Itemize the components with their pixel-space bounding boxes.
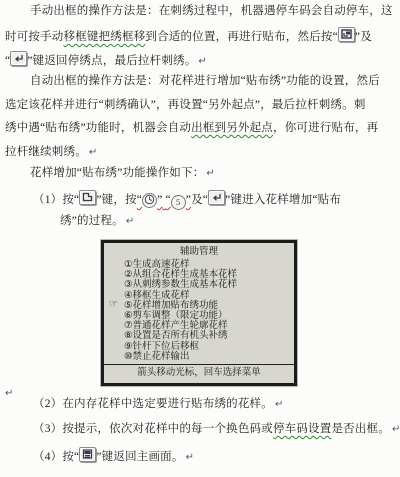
menu-item-1: ①生成高速花样 bbox=[124, 260, 294, 270]
text-run: 到合适的位置，再进行贴布，然后按“ bbox=[145, 31, 338, 43]
text-run: 绣”的过程。 bbox=[60, 215, 124, 227]
text-run: 时可按手动 bbox=[5, 31, 64, 43]
text-run: ”键返回主画面。 bbox=[96, 451, 183, 463]
paragraph-mark: ↵ bbox=[89, 147, 98, 158]
text-run: 绣中遇“贴布绣”功能时，机器会自动 bbox=[5, 122, 191, 134]
enter-key-icon bbox=[208, 190, 225, 205]
step-1-line-2: 绣”的过程。↵ bbox=[60, 214, 134, 229]
menu-status-hint: 箭头移动光标，回车选择菜单 bbox=[104, 368, 294, 379]
menu-item-8: ⑧设置是否所有机头补绣 bbox=[124, 331, 294, 341]
text-run: ”键，按 bbox=[96, 194, 136, 206]
text-run: 是否出框。 bbox=[331, 423, 390, 435]
text-run: 自动出框的操作方法是：对花样进行增加“贴布绣”功能的设置，然后 bbox=[30, 75, 380, 87]
menu-item-3: ③从刺绣参数生成基本花样 bbox=[124, 280, 294, 290]
text-run: ”键返回停绣点，最后拉杆刺绣。 bbox=[27, 55, 196, 67]
text-run: ，你可进行贴布，再 bbox=[273, 122, 378, 134]
paragraph-1-line-1: 手动出框的操作方法是：在刺绣过程中，机器遇停车码会自动停车，这 bbox=[30, 4, 393, 18]
paragraph-mark: ↵ bbox=[275, 399, 284, 410]
text-run: 拉杆继续刺绣。 bbox=[5, 146, 87, 158]
menu-separator bbox=[104, 364, 294, 365]
step-1-line-1: （1）按“”键，按“” “5”及“”键进入花样增加“贴布 bbox=[33, 190, 341, 210]
text-run: ”及 bbox=[355, 31, 372, 43]
paragraph-1-line-3: “”键返回停绣点，最后拉杆刺绣。↵ bbox=[5, 51, 207, 69]
spellcheck-text: 停车码设置 bbox=[273, 423, 332, 435]
text-run: “ bbox=[165, 194, 170, 206]
text-run: （3）按提示，依次对花样中的每一个换色码或 bbox=[33, 423, 273, 435]
hand-pointer-icon: ☞ bbox=[109, 300, 118, 310]
frame-return-key-icon bbox=[338, 27, 355, 42]
menu-item-10: ⑩禁止花样输出 bbox=[124, 352, 294, 362]
clock-key-icon bbox=[142, 193, 157, 208]
aux-menu-key-icon bbox=[79, 190, 96, 205]
text-run: 选定该花样并进行“刺绣确认”，再设置“另外起点”，最后拉杆刺绣。刺 bbox=[5, 99, 366, 111]
step-4: （4）按“”键返回主画面。↵ bbox=[33, 447, 194, 465]
menu-title: 辅助管理 bbox=[104, 246, 294, 258]
text-run: ” bbox=[157, 194, 162, 206]
main-screen-key-icon bbox=[79, 447, 96, 462]
text-run: 及“ bbox=[191, 194, 208, 206]
step-2: （2）在内存花样中选定要进行贴布绣的花样。↵ bbox=[33, 397, 284, 412]
menu-item-5-selected: ☞⑤花样增加贴布绣功能 bbox=[124, 301, 294, 311]
paragraph-2-line-2: 选定该花样并进行“刺绣确认”，再设置“另外起点”，最后拉杆刺绣。刺 bbox=[5, 98, 366, 112]
paragraph-2-line-4: 拉杆继续刺绣。↵ bbox=[5, 145, 98, 160]
empty-paragraph: ↵ bbox=[3, 386, 14, 401]
manual-page: 手动出框的操作方法是：在刺绣过程中，机器遇停车码会自动停车，这 时可按手动移框键… bbox=[0, 0, 400, 477]
paragraph-mark: ↵ bbox=[206, 168, 215, 179]
menu-item-7: ⑦普通花样产生轮廓花样 bbox=[124, 321, 294, 331]
enter-key-icon bbox=[10, 51, 27, 66]
paragraph-mark: ↵ bbox=[5, 388, 14, 399]
menu-item-list: ①生成高速花样 ②从组合花样生成基本花样 ③从刺绣参数生成基本花样 ④移框生成花… bbox=[124, 260, 294, 362]
paragraph-mark: ↵ bbox=[126, 216, 135, 227]
menu-item-9: ⑨针杆下位后移框 bbox=[124, 342, 294, 352]
text-run: 手动出框的操作方法是：在刺绣过程中，机器遇停车码会自动停车，这 bbox=[30, 5, 393, 17]
spellcheck-text: 移框键把绣框移 bbox=[64, 31, 146, 43]
step-3: （3）按提示，依次对花样中的每一个换色码或停车码设置是否出框。↵ bbox=[33, 422, 400, 437]
text-run: ”键进入花样增加“贴布 bbox=[225, 194, 341, 206]
text-run: （2）在内存花样中选定要进行贴布绣的花样。 bbox=[33, 398, 273, 410]
spellcheck-group: “” “5” bbox=[137, 194, 191, 206]
paragraph-mark: ↵ bbox=[392, 424, 400, 435]
menu-item-2: ②从组合花样生成基本花样 bbox=[124, 270, 294, 280]
menu-item-4: ④移框生成花样 bbox=[124, 291, 294, 301]
menu-item-6: ⑥剪车调整（限定功能） bbox=[124, 311, 294, 321]
text-run: 花样增加“贴布绣”功能操作如下： bbox=[30, 167, 204, 179]
paragraph-2-line-3: 绣中遇“贴布绣”功能时，机器会自动出框到另外起点，你可进行贴布，再 bbox=[5, 121, 378, 135]
paragraph-mark: ↵ bbox=[198, 56, 207, 67]
text-run: （1）按“ bbox=[33, 194, 79, 206]
paragraph-3: 花样增加“贴布绣”功能操作如下：↵ bbox=[30, 166, 215, 181]
auxiliary-management-menu: 辅助管理 ①生成高速花样 ②从组合花样生成基本花样 ③从刺绣参数生成基本花样 ④… bbox=[101, 240, 297, 386]
five-key-icon: 5 bbox=[171, 195, 186, 210]
paragraph-2-line-1: 自动出框的操作方法是：对花样进行增加“贴布绣”功能的设置，然后 bbox=[30, 74, 380, 88]
paragraph-1-line-2: 时可按手动移框键把绣框移到合适的位置，再进行贴布，然后按“”及 bbox=[5, 27, 372, 44]
menu-item-label: ⑤花样增加贴布绣功能 bbox=[124, 301, 218, 311]
paragraph-mark: ↵ bbox=[186, 452, 195, 463]
spellcheck-text: 出框到另外起点 bbox=[191, 122, 273, 134]
text-run: （4）按“ bbox=[33, 451, 79, 463]
